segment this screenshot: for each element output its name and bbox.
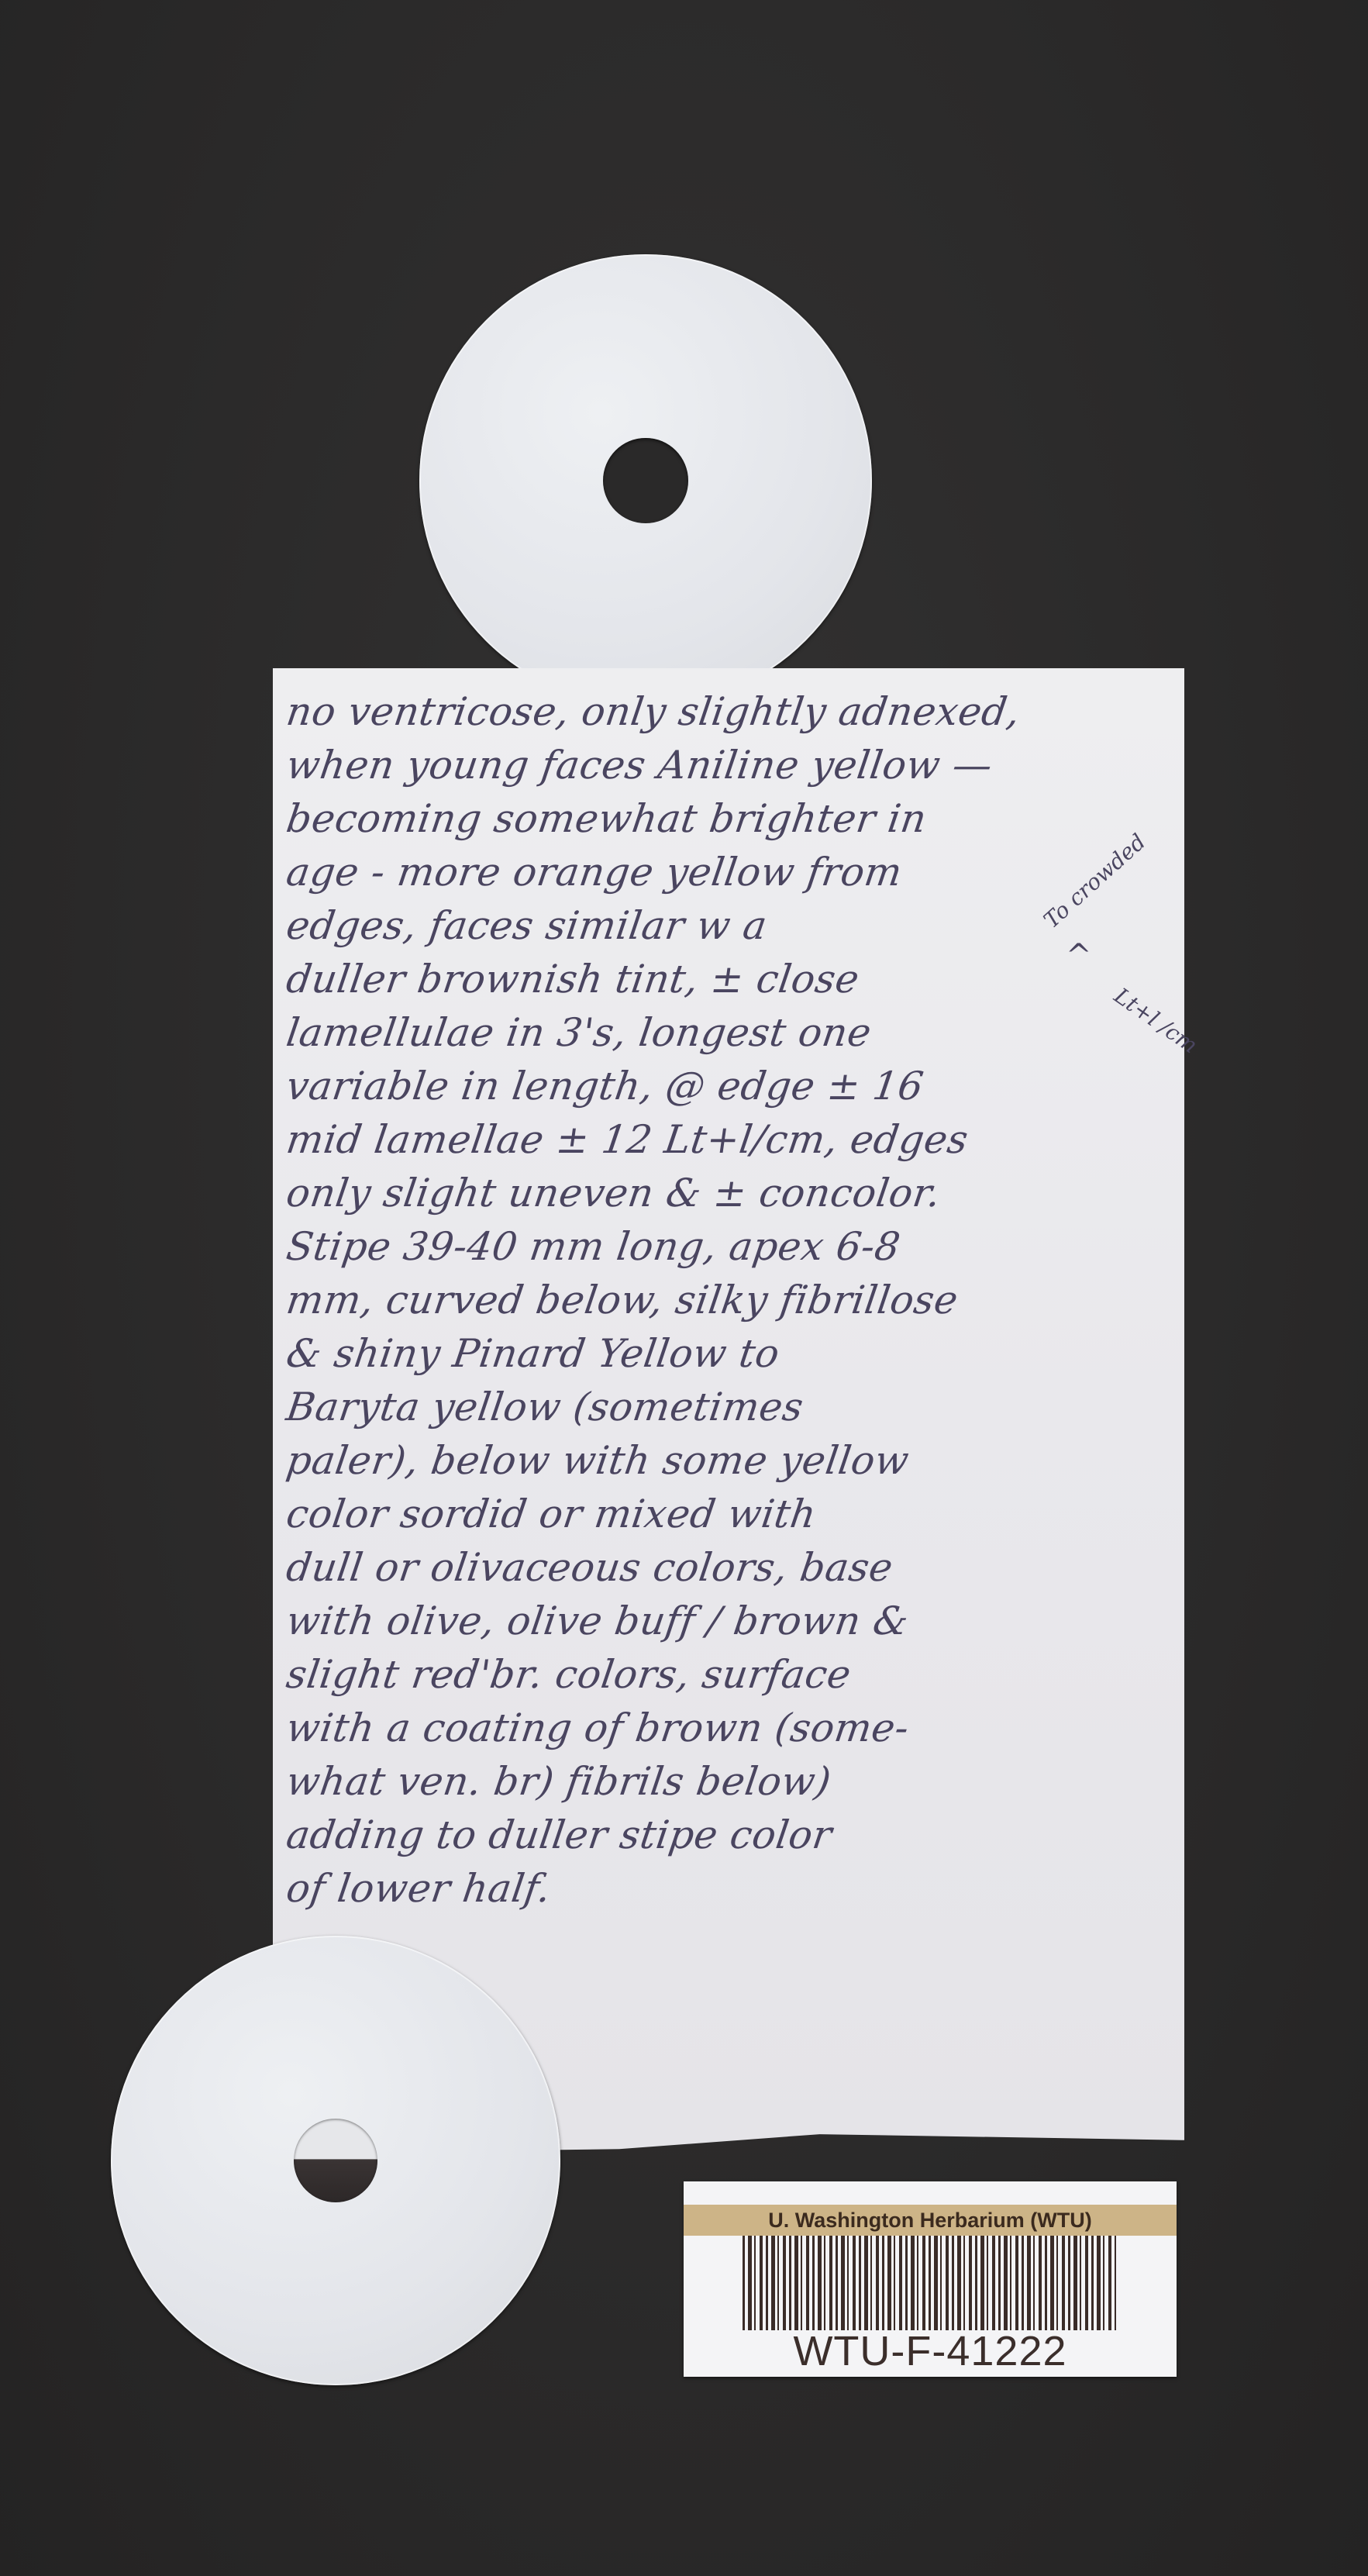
disc-hole xyxy=(294,2119,377,2202)
barcode-icon xyxy=(743,2236,1116,2330)
note-line: paler), below with some yellow xyxy=(283,1434,1174,1488)
note-line: edges, faces similar w a xyxy=(283,899,1174,953)
note-line: dull or olivaceous colors, base xyxy=(283,1541,1174,1595)
field-notes-paper: no ventricose, only slightly adnexed, wh… xyxy=(273,668,1184,2154)
note-line: when young faces Aniline yellow — xyxy=(283,739,1174,792)
note-line: only slight uneven & ± concolor. xyxy=(283,1167,1174,1220)
note-line: Stipe 39-40 mm long, apex 6-8 xyxy=(283,1220,1174,1274)
note-line: adding to duller stipe color xyxy=(283,1809,1174,1862)
caret-insert-icon: ^ xyxy=(1066,938,1092,974)
spacer-disc-bottom xyxy=(111,1936,560,2385)
specimen-board: no ventricose, only slightly adnexed, wh… xyxy=(0,0,1368,2576)
catalog-number: WTU-F-41222 xyxy=(684,2327,1177,2375)
note-line: slight red'br. colors, surface xyxy=(283,1648,1174,1702)
note-line: lamellulae in 3's, longest one xyxy=(283,1006,1174,1060)
note-line: with olive, olive buff / brown & xyxy=(283,1595,1174,1648)
note-line: what ven. br) fibrils below) xyxy=(283,1755,1174,1809)
note-line: color sordid or mixed with xyxy=(283,1488,1174,1541)
herbarium-barcode-label: U. Washington Herbarium (WTU) WTU-F-4122… xyxy=(684,2181,1177,2377)
handwritten-notes: no ventricose, only slightly adnexed, wh… xyxy=(287,685,1170,1916)
note-line: age - more orange yellow from xyxy=(283,846,1174,899)
institution-name: U. Washington Herbarium (WTU) xyxy=(684,2205,1177,2236)
note-line: variable in length, @ edge ± 16 xyxy=(283,1060,1174,1113)
note-line: mm, curved below, silky fibrillose xyxy=(283,1274,1174,1327)
note-line: of lower half. xyxy=(283,1862,1174,1916)
note-line: with a coating of brown (some- xyxy=(283,1702,1174,1755)
spacer-disc-top xyxy=(419,254,872,707)
note-line: no ventricose, only slightly adnexed, xyxy=(283,685,1174,739)
note-line: duller brownish tint, ± close xyxy=(283,953,1174,1006)
note-line: mid lamellae ± 12 Lt+l/cm, edges xyxy=(283,1113,1174,1167)
disc-hole xyxy=(603,438,688,523)
note-line: & shiny Pinard Yellow to xyxy=(283,1327,1174,1381)
note-line: becoming somewhat brighter in xyxy=(283,792,1174,846)
note-line: Baryta yellow (sometimes xyxy=(283,1381,1174,1434)
